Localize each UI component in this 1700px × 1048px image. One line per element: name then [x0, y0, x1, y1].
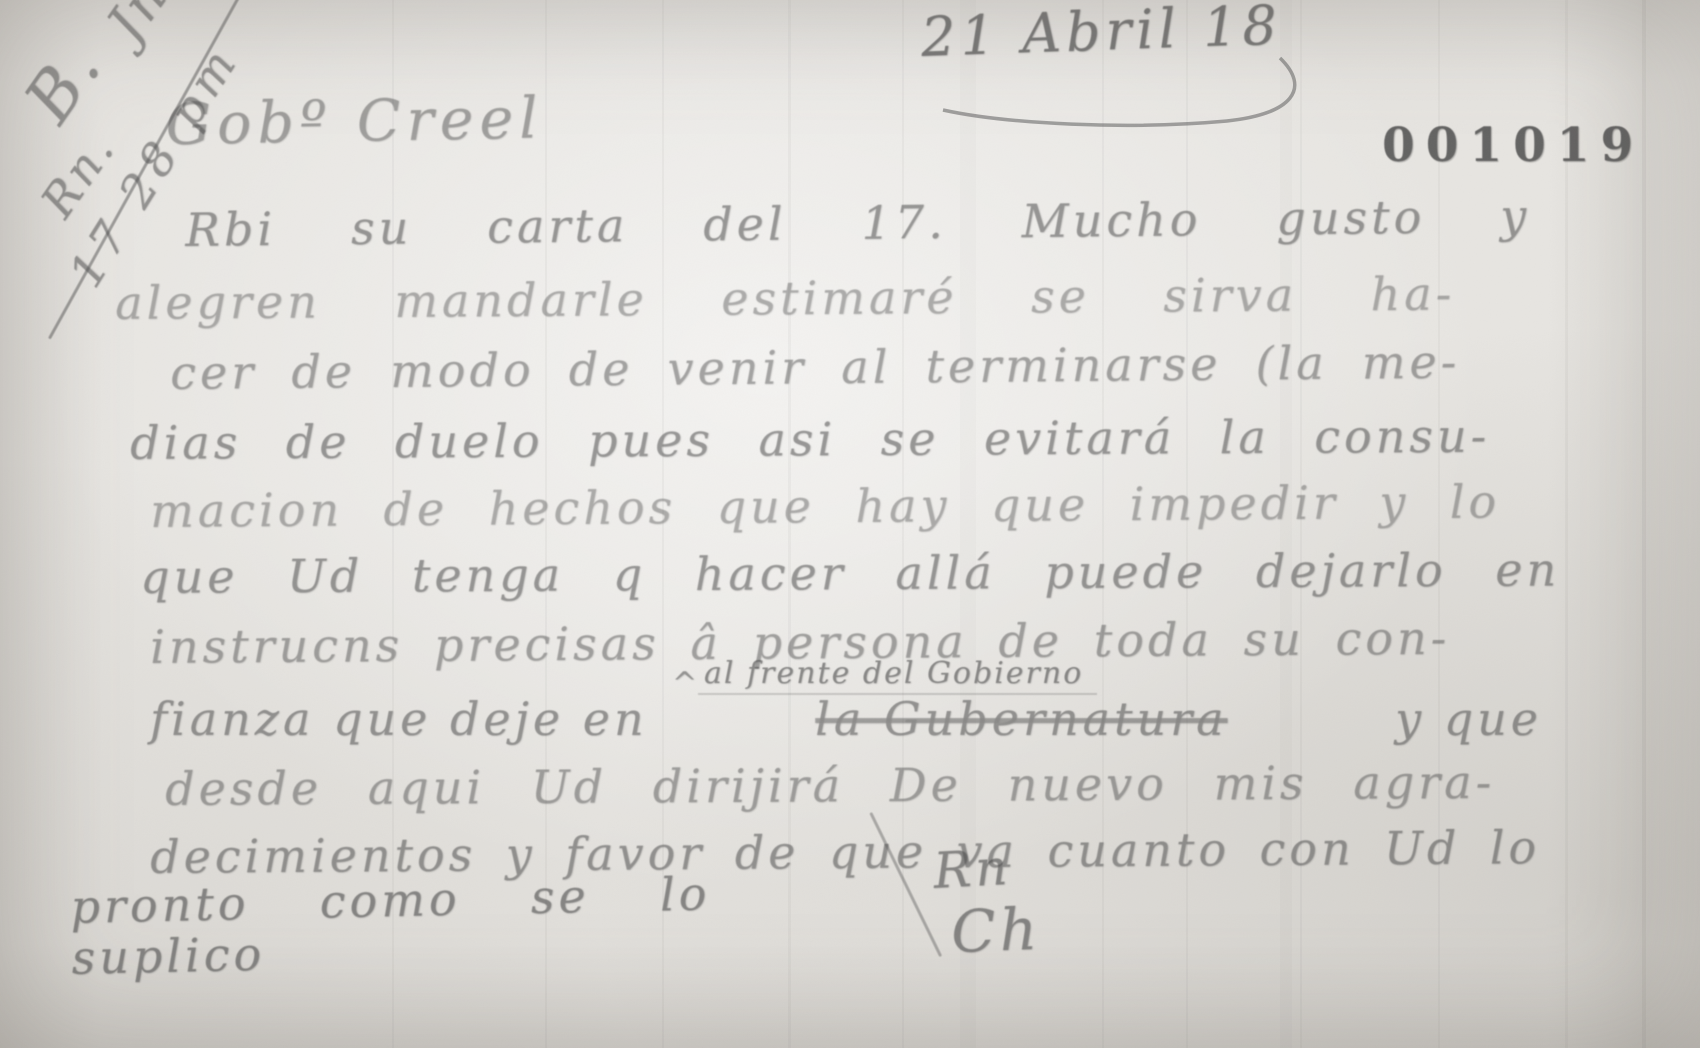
scan-vignette: [0, 0, 1700, 1048]
